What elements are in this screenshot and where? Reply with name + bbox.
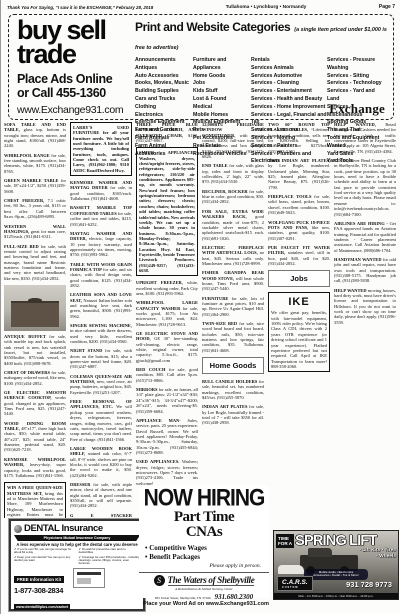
ad-lead: FISHER GRANDPA BEAR WOOD STOVE, xyxy=(202,270,264,280)
classified-ad: APPLIANCE MAN- Sales, service, parts. 25… xyxy=(136,418,198,455)
ad-lead: ELECTRIC FIREPLACE WITH ARTIFICIAL LOGS, xyxy=(202,245,264,255)
classified-ad: END TABLE for sale, with glass top, side… xyxy=(202,163,264,184)
ad-lead: CHEST OF DRAWERS xyxy=(4,370,51,375)
ad-lead: FOR SALE, EXTRA WIDE WALKERS RACK, xyxy=(202,209,264,219)
masthead: Thank You For Saying, “I saw it in the E… xyxy=(1,0,400,13)
ad-lead: SINGER SEWING MACHINE, xyxy=(70,323,132,328)
category-item: Services - Health and Beauty xyxy=(251,96,327,104)
category-item: Furniture and Appliances xyxy=(193,57,251,73)
place-ads-online-label: Place Ads Online xyxy=(17,72,129,86)
services-badge: Mobile Audio • Electronics Accessories •… xyxy=(304,569,368,580)
newspaper-page: Thank You For Saying, “I saw it in the E… xyxy=(0,0,400,614)
classified-ad: LEATHER SOFA AND LOVE SEAT, Natuzzi Ital… xyxy=(70,292,132,319)
bowl-shape xyxy=(28,298,42,303)
dental-company-banner: Physicians Mutual Insurance Company xyxy=(14,535,140,541)
hiring-benefits-list: • Competitive Wages • Benefit Packages xyxy=(145,544,269,563)
classified-ad: GE ELECTRIC SMOOTH SURFACE COOKTOP, work… xyxy=(4,390,66,417)
category-item: Rentals xyxy=(251,57,327,65)
buy-sell-trade-panel: buy sell trade Place Ads Online or Call … xyxy=(9,15,131,119)
ad-lead: GREEN MARBLE TABLE xyxy=(4,178,61,183)
ad-lead: LARRY'S USED FURNITURE xyxy=(73,125,129,135)
ad-lead: END TABLE xyxy=(202,163,229,168)
dental-website-url: www.dental50plus.com/cadnet xyxy=(14,604,70,610)
ad-lead: NIGHT STAND xyxy=(70,348,105,353)
classifieds-section: SOFA TABLE AND END TABLE, glass top, bot… xyxy=(4,122,398,518)
classified-ad: NIGHT STAND for sale, with doors on the … xyxy=(70,348,132,369)
category-item: Medical xyxy=(193,104,251,112)
classified-ad: G E STACKER WASHER/DRYER SET, heavy-duty… xyxy=(70,513,132,518)
ad-lead: KENMORE WASHER AND MAYTAG DRYER xyxy=(70,180,132,190)
dental-insurance-ad: DENTAL Insurance Physicians Mutual Insur… xyxy=(9,519,145,611)
classified-ad: DRESSER for sale, with triple mirror, ch… xyxy=(70,482,132,509)
category-item: Services - Entertainment xyxy=(251,88,327,96)
spring-lift-items: • Lift Kits • Tires • Wheels xyxy=(359,548,396,560)
category-item: Jobs xyxy=(193,80,251,88)
category-item: Kids Stuff xyxy=(193,88,251,96)
ad-lead: USED APPLIANCES. xyxy=(136,459,182,464)
section-header-home-goods: Home Goods xyxy=(202,357,264,374)
services-line: Accessories • Detail • Tint & More! xyxy=(305,574,367,578)
ad-lead: FIREPLACE TOOLS xyxy=(268,194,314,199)
classified-ad: CHEST FREEZER, 7.1 cubic feet, 80 lbs., … xyxy=(4,198,66,219)
ad-lead: TWIN-SIZE BED xyxy=(202,321,239,326)
ad-lead: HELP WANTED, xyxy=(334,122,385,127)
facility-subtitle: A Rehabilitation & Skilled Nursing Cente… xyxy=(139,587,269,591)
ad-lead: TWO INDIAN ART PLATES, xyxy=(268,158,330,163)
ad-lead: BULL CANDLE HOLDERS xyxy=(202,379,259,384)
classified-ad: PUR FAUCET FIT WATER FILTER, stainless s… xyxy=(268,245,330,266)
call-phone-label: or Call 455-1360 xyxy=(17,86,129,100)
ad-lead: MAYTAG WASHER AND DRYER, xyxy=(70,231,132,241)
ad-lead: AIRLINES ARE HIRING - xyxy=(334,221,390,226)
ad-lead: WHIRLPOOL LARGE CAPACITY WASHER xyxy=(136,300,198,310)
classified-ad: KENMORE WASHER AND MAYTAG DRYER for sale… xyxy=(70,180,132,201)
ad-lead: WOLFGANG PUCK 18-PIECE POTS AND PANS, xyxy=(268,220,330,230)
classified-ad: IKEWe offer great pay, benefits, with la… xyxy=(268,292,330,372)
dental-phone-number: 1-877-308-2834 xyxy=(14,586,70,595)
ike-transportation-logo: IKE xyxy=(271,296,327,309)
spring-lift-phone: 931 728 9773 xyxy=(346,580,392,589)
ad-lead: CHEST FREEZER, xyxy=(4,198,48,203)
classified-ad: WOOD DINING ROOM TABLE, 48″x17″, three h… xyxy=(4,421,66,453)
now-hiring-ad: NOW HIRING Part Time CNAs • Competitive … xyxy=(139,486,269,598)
wheels-item: • Wheels xyxy=(359,554,396,560)
category-item: Mobile Homes xyxy=(193,112,251,120)
ad-lead: WESTERN WALL HANGINGS, xyxy=(4,224,66,234)
time-for-a-chip: TIME FOR A xyxy=(276,534,294,548)
classified-ad: AIRLINES ARE HIRING - Get FAA approved h… xyxy=(334,221,396,253)
classified-ad: GREEN MARBLE TABLE for sale, 18″x24-1/2″… xyxy=(4,178,66,194)
classified-ad: FULL-SIZE BED for sale, with remote cont… xyxy=(4,244,66,281)
spring-lift-ad: TIME FOR A SPRING LIFT • Lift Kits • Tir… xyxy=(273,530,399,600)
ad-lead: ANTIQUE BUFFET xyxy=(4,334,49,339)
category-item: Books, Movies, Music xyxy=(135,80,193,88)
benefit-item: • Benefit Packages xyxy=(145,553,269,562)
dental-bullet: No wait for preventive care and no deduc… xyxy=(79,548,141,555)
physicians-mutual-logo-icon xyxy=(14,525,22,533)
classified-ad: HELP WANTED moving houses, hard dirty wo… xyxy=(334,288,396,325)
for-a-label: FOR A xyxy=(278,541,292,546)
promo-box: buy sell trade Place Ads Online or Call … xyxy=(8,14,394,120)
classified-ad: KENMORE WHIRLPOOL WASHER, heavy-duty, su… xyxy=(4,457,66,478)
classified-ad: FISHER GRANDPA BEAR WOOD STOVE, will hea… xyxy=(202,270,264,291)
ad-lead: THREE PIECE BLUE LOVESEAT, COUCH, AND OV… xyxy=(136,122,198,138)
ad-lead: SMITH APPLIANCE: xyxy=(139,150,195,155)
classified-ad: CHEST OF DRAWERS for sale, mahogany colo… xyxy=(4,370,66,386)
ad-lead: INDIAN ART PLATES xyxy=(202,404,249,409)
ad-lead: TWO 60″ ROUND TOP PLASTIC TABLES, xyxy=(268,122,330,132)
category-item: Services - Cleaning xyxy=(251,80,327,88)
classified-ad: ANTIQUE BUFFET for sale, with marble top… xyxy=(4,334,66,366)
category-item: Announcements xyxy=(135,57,193,65)
category-item: Services - Sitting xyxy=(327,73,387,81)
classified-ad: LARRY'S USED FURNITURE for all your furn… xyxy=(70,122,132,176)
ad-lead: GE ELECTRIC SMOOTH SURFACE COOKTOP, xyxy=(4,390,66,400)
dental-bullet: Keep your own dentist! You can go to any… xyxy=(14,556,76,566)
ad-lead: APPLIANCE MAN- xyxy=(136,418,188,423)
ad-lead: GE ELECTRIC STOVE AND HOOD, xyxy=(136,331,198,341)
classified-ad: BULL CANDLE HOLDERS for sale, beautiful … xyxy=(202,379,264,400)
word-ad-promo: Place your Word Ad on www.Exchange931.co… xyxy=(121,601,291,607)
classified-ad: TWIN-SIZE BED for sale, nice wood head b… xyxy=(202,321,264,353)
category-item: Auto Accessories xyxy=(135,73,193,81)
facility-address: 835 Union Street, Shelbyville, TN 37160 xyxy=(155,596,211,600)
masthead-cities: Tullahoma • Lynchburg • Normandy xyxy=(226,5,307,10)
classified-ad: TWO 60″ ROUND TOP PLASTIC TABLES, “Lifet… xyxy=(268,122,330,154)
category-item: Services - Pressure Washing xyxy=(327,57,387,73)
classified-ad: INDIAN ART PLATES for sale, by Lee Bogle… xyxy=(202,404,264,425)
classified-ad: WESTERN WALL HANGINGS, great for man cav… xyxy=(4,224,66,240)
spring-lift-header: TIME FOR A SPRING LIFT xyxy=(274,531,398,549)
ad-lead: RED COUCH xyxy=(136,367,169,372)
ad-lead: HANDYMAN WANTED xyxy=(334,257,383,262)
ad-lead: COOK, xyxy=(334,158,350,163)
classified-column-1: SOFA TABLE AND END TABLE, glass top, bot… xyxy=(4,122,66,518)
classified-ad: ELECTRIC FIREPLACE WITH ARTIFICIAL LOGS,… xyxy=(202,245,264,266)
classified-ad: RED COUCH for sale, good condition, $85.… xyxy=(136,367,198,383)
exchange-website-url: www.Exchange931.com xyxy=(17,104,129,116)
classified-ad: WIN A FREE QUEEN-SIZE MATTRESS SET, brin… xyxy=(4,482,66,518)
classified-ad: SINGER SEWING MACHINE, in nice cabinet w… xyxy=(70,323,132,344)
cars-custom-logo: C.A.R.S. CUSTOM xyxy=(277,576,313,591)
classified-ad: LARGE WOODEN BOOK SHELF, stained oak col… xyxy=(70,446,132,478)
classified-ad: COOK, River Bend Country Club in Shelbyv… xyxy=(334,158,396,217)
category-item: Building Supplies xyxy=(135,88,193,96)
classified-ad: FREE REMOVAL OF APPLIANCES, ETC. We will… xyxy=(70,399,132,442)
dental-bullet: If you're over 50, you can get coverage … xyxy=(14,548,76,555)
classified-ad: MAYTAG WASHER AND DRYER, electric, large… xyxy=(70,231,132,258)
classified-ad: UPRIGHT FREEZER, white, excellent workin… xyxy=(136,280,198,296)
ad-lead: FREE REMOVAL OF APPLIANCES, ETC. xyxy=(70,399,132,409)
classified-ad: GE ELECTRIC STOVE AND HOOD, GE 30″ free-… xyxy=(136,331,198,363)
title-line-1: Part Time xyxy=(139,510,269,525)
category-item: Cars and Trucks xyxy=(135,96,193,104)
classified-ad: FURNITURE for sale, lots of furniture at… xyxy=(202,296,264,317)
ad-lead: WOOD DINING ROOM TABLE, xyxy=(4,421,66,431)
classified-ad: COLEMAN QUEEN-SIZE AIR MATTRESS, new, us… xyxy=(70,374,132,395)
categories-title: Print and Website Categories xyxy=(135,20,290,34)
classified-column-2: LARRY'S USED FURNITURE for all your furn… xyxy=(70,122,132,518)
classified-ad: HANDYMAN WANTED for odd jobs and small r… xyxy=(334,257,396,284)
title-line-2: CNAs xyxy=(139,525,269,540)
benefit-item: • Competitive Wages xyxy=(145,544,269,553)
classified-ad: THREE PIECE BLUE LOVESEAT, COUCH, AND OV… xyxy=(136,122,198,143)
category-item: Services - Technology xyxy=(327,80,387,88)
classified-ad: WHIRLPOOL LARGE CAPACITY WASHER for sale… xyxy=(136,300,198,327)
classified-column-3: THREE PIECE BLUE LOVESEAT, COUCH, AND OV… xyxy=(136,122,198,486)
antique-buffet-photo xyxy=(4,285,66,331)
facility-row: S The Waters of Shelbyville xyxy=(139,572,269,586)
ad-lead: RECLINER, ROCKER xyxy=(202,189,249,194)
category-item: Home Goods xyxy=(193,73,251,81)
classified-ad: MIRRORS for sale, no frames, all 1/4″ pl… xyxy=(136,387,198,414)
classified-ad: 12,000BTU FRIGIDAIRE WINDOW AIR CONDITIO… xyxy=(202,122,264,159)
cars-brand-sub: CUSTOM xyxy=(282,586,308,589)
ad-lead: MIRRORS xyxy=(136,387,159,392)
ad-lead: G E STACKER WASHER/DRYER SET, xyxy=(70,513,132,518)
classified-ad: SMITH APPLIANCE: Washers, dryers, chest/… xyxy=(136,147,198,276)
exchange-logo: Exchange xyxy=(329,101,385,117)
dental-ad-title: DENTAL Insurance xyxy=(24,523,103,534)
ad-lead: SOFA TABLE AND END TABLE, xyxy=(4,122,66,132)
classified-ad: WHIRLPOOL RANGE for sale, free standing,… xyxy=(4,153,66,174)
category-item: Antiques xyxy=(135,65,193,73)
ad-lead: LARGE WOODEN BOOK SHELF, xyxy=(70,446,132,456)
ad-lead: TABLE WITH WOOD GRAIN FORMICA TOP xyxy=(70,262,132,272)
buy-sell-trade-headline: buy sell trade xyxy=(17,19,129,67)
masthead-page-number: Page 7 xyxy=(379,4,395,10)
spring-lift-title: SPRING LIFT xyxy=(295,534,376,549)
classified-column-4: 12,000BTU FRIGIDAIRE WINDOW AIR CONDITIO… xyxy=(202,122,264,486)
category-item: Services - Home Improvement xyxy=(251,104,327,112)
classified-ad: TABLE WITH WOOD GRAIN FORMICA TOP for sa… xyxy=(70,262,132,289)
category-item: Clothing xyxy=(135,104,193,112)
dental-bullet-list: If you're over 50, you can get coverage … xyxy=(14,548,140,566)
part-time-cnas-title: Part Time CNAs xyxy=(139,510,269,541)
white-car-photo xyxy=(278,565,304,574)
apply-in-person-note: Please apply in person. xyxy=(139,563,261,569)
ad-lead: FULL-SIZE BED xyxy=(4,244,41,249)
buffet-shape xyxy=(11,301,59,327)
section-header-jobs: Jobs xyxy=(268,270,330,287)
ad-lead: HELP WANTED xyxy=(334,288,368,293)
free-information-kit-label: FREE Information Kit xyxy=(14,576,64,583)
classified-column-5: TWO 60″ ROUND TOP PLASTIC TABLES, “Lifet… xyxy=(268,122,330,518)
cars-brand: C.A.R.S. xyxy=(282,579,308,586)
classified-ad: RECLINER, ROCKER for sale, blue in color… xyxy=(202,189,264,205)
classified-ad: BASSETT MARBLE TOP COFFEE/END TABLES for… xyxy=(70,205,132,226)
category-item: Services Automotive xyxy=(251,73,327,81)
classified-ad: SOFA TABLE AND END TABLE, glass top, bot… xyxy=(4,122,66,149)
ad-lead: COLEMAN QUEEN-SIZE AIR MATTRESS, xyxy=(70,374,132,384)
classified-ad: TWO INDIAN ART PLATES, by Lee Bogle, num… xyxy=(268,158,330,190)
ad-lead: BASSETT MARBLE TOP COFFEE/END TABLES xyxy=(70,205,132,215)
ad-lead: DRESSER xyxy=(70,482,93,487)
classified-ad: FIREPLACE TOOLS for sale, solid brass, s… xyxy=(268,194,330,215)
categories-panel: Print and Website Categories (a single i… xyxy=(131,15,393,119)
classified-ad: USED APPLIANCES. Washers; dryers; fridge… xyxy=(136,459,198,486)
classified-ad: FOR SALE, EXTRA WIDE WALKERS RACK, good … xyxy=(202,209,264,241)
ad-lead: 12,000BTU FRIGIDAIRE WINDOW AIR CONDITIO… xyxy=(202,122,264,138)
classified-ad: HELP WANTED, Retail Managers and Cashier… xyxy=(334,122,396,154)
ad-lead: LEATHER SOFA AND LOVE SEAT, xyxy=(70,292,132,302)
trade-line: trade xyxy=(17,43,129,67)
ad-lead: WHIRLPOOL RANGE xyxy=(4,153,51,158)
dental-ad-header: DENTAL Insurance xyxy=(14,523,140,534)
ad-lead: FURNITURE xyxy=(202,296,231,301)
ad-lead: UPRIGHT FREEZER, xyxy=(136,280,187,285)
masthead-tagline: Thank You For Saying, “I saw it in the E… xyxy=(7,5,153,10)
category-item: Electronics xyxy=(135,112,193,120)
classified-column-6: HELP WANTED, Retail Managers and Cashier… xyxy=(334,122,396,518)
classified-ad: WOLFGANG PUCK 18-PIECE POTS AND PANS, li… xyxy=(268,220,330,241)
information-kit-image xyxy=(73,568,105,588)
category-item: Lost & Found xyxy=(193,96,251,104)
ad-lead: PUR FAUCET FIT WATER FILTER, xyxy=(268,245,330,255)
store-hours-bar: Mon. - Fri. 8:00 a.m. - 6:00 p.m. • Sat.… xyxy=(274,593,398,599)
waters-of-shelbyville-logo: S xyxy=(154,575,165,586)
category-item: Services Animals xyxy=(251,65,327,73)
dental-bullet: Coverage for over 350 procedures - inclu… xyxy=(79,556,141,566)
facility-name: The Waters of Shelbyville xyxy=(168,575,255,586)
now-hiring-banner: NOW HIRING xyxy=(139,486,269,510)
ad-lead: WIN A FREE QUEEN-SIZE MATTRESS SET, xyxy=(7,485,63,495)
ad-lead: KENMORE WHIRLPOOL WASHER, xyxy=(4,457,66,467)
